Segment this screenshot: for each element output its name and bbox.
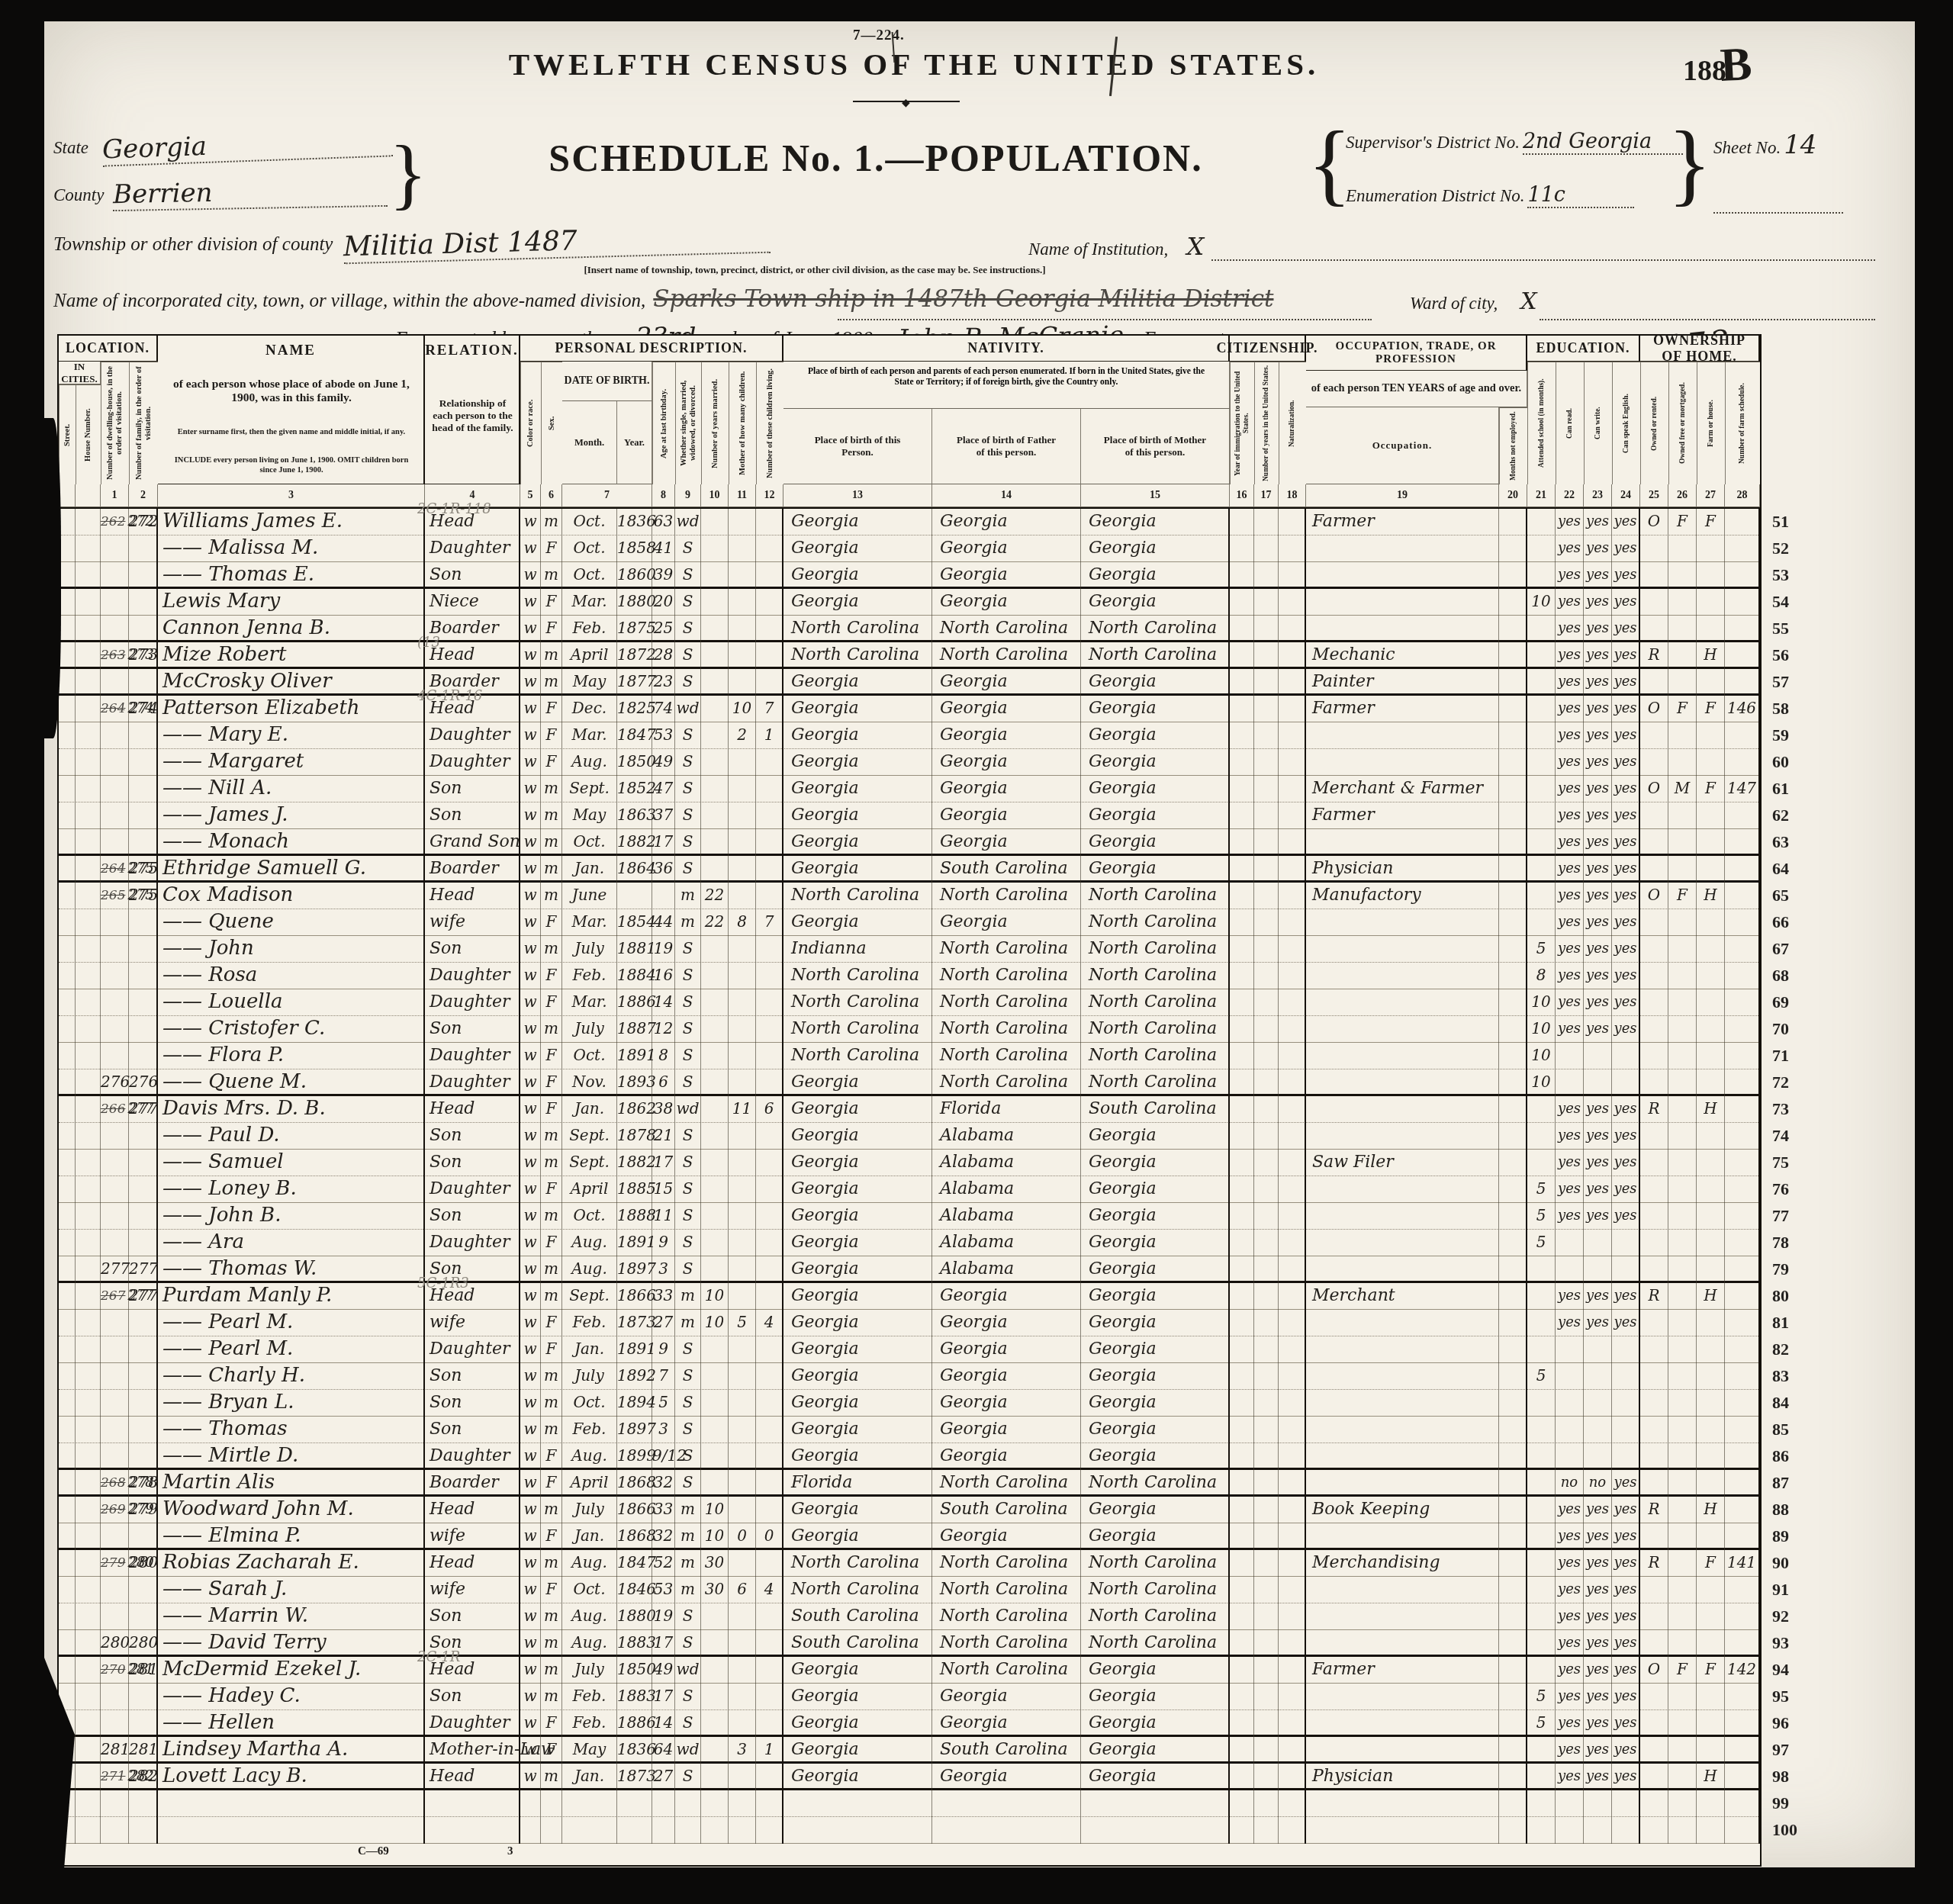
supervisor-value: 2nd Georgia bbox=[1523, 130, 1683, 155]
cell bbox=[1697, 1390, 1725, 1417]
cell bbox=[701, 696, 729, 722]
group-box: EDUCATION. bbox=[1527, 336, 1640, 362]
cell-value: yes bbox=[1612, 535, 1639, 561]
cell bbox=[1230, 1497, 1254, 1523]
cell: Oct. bbox=[562, 1203, 617, 1230]
cell-value: m bbox=[541, 1417, 561, 1442]
cell bbox=[1668, 1390, 1697, 1417]
cell bbox=[1640, 856, 1668, 883]
cell: w bbox=[520, 989, 541, 1016]
cell: yes bbox=[1584, 1764, 1612, 1790]
cell: Saw Filer bbox=[1306, 1150, 1499, 1176]
cell bbox=[701, 776, 729, 802]
cell bbox=[1725, 963, 1760, 989]
cell-value: m bbox=[541, 829, 561, 854]
cell bbox=[59, 1497, 76, 1523]
cell-value: Oct. bbox=[562, 1390, 616, 1415]
cell-value: w bbox=[520, 1577, 540, 1602]
cell-value: yes bbox=[1556, 1123, 1583, 1148]
cell-value: yes bbox=[1612, 1096, 1639, 1121]
cell: —— James J. bbox=[158, 802, 425, 829]
cell: Georgia bbox=[783, 1390, 932, 1417]
cell bbox=[1279, 1817, 1306, 1844]
cell: m bbox=[675, 1283, 701, 1310]
cell: April bbox=[562, 1470, 617, 1497]
cell: yes bbox=[1556, 1764, 1584, 1790]
pencil-note: 2C-1R-118 bbox=[417, 501, 491, 517]
cell bbox=[1668, 669, 1697, 696]
cell: North Carolina bbox=[783, 616, 932, 642]
cell: yes bbox=[1556, 989, 1584, 1016]
schedule-title: SCHEDULE No. 1.—POPULATION. bbox=[456, 136, 1295, 180]
cell bbox=[59, 963, 76, 989]
cell: Oct. bbox=[562, 535, 617, 562]
cell bbox=[1697, 1737, 1725, 1764]
cell bbox=[729, 936, 756, 963]
cell-value: Daughter bbox=[425, 1336, 519, 1362]
cell bbox=[1668, 802, 1697, 829]
cell bbox=[1499, 1203, 1527, 1230]
cell-value: Georgia bbox=[1081, 1176, 1228, 1201]
cell: yes bbox=[1556, 1016, 1584, 1043]
cell-value: —— Paul D. bbox=[158, 1123, 423, 1148]
col-label: House Number. bbox=[76, 384, 101, 484]
cell bbox=[675, 1817, 701, 1844]
line-number: 56 bbox=[1772, 645, 1789, 665]
cell-value: 44 bbox=[652, 909, 674, 934]
cell bbox=[1640, 1790, 1668, 1817]
cell bbox=[1499, 1684, 1527, 1710]
cell-value: —— Thomas bbox=[158, 1417, 423, 1442]
col-number: 15 bbox=[1081, 484, 1230, 507]
cell bbox=[1697, 856, 1725, 883]
cell-value: yes bbox=[1584, 1764, 1611, 1789]
cell bbox=[1279, 509, 1306, 535]
cell: Son bbox=[425, 936, 520, 963]
cell bbox=[1725, 535, 1760, 562]
cell-value: Georgia bbox=[1081, 509, 1228, 534]
cell: Son bbox=[425, 802, 520, 829]
cell bbox=[129, 1203, 158, 1230]
cell bbox=[1279, 1523, 1306, 1550]
cell-value: w bbox=[520, 642, 540, 667]
cell bbox=[101, 989, 129, 1016]
cell bbox=[1254, 1016, 1279, 1043]
table-row: —— Thomas E.SonwmOct.186039SGeorgiaGeorg… bbox=[59, 562, 1760, 589]
group-box: NATIVITY. bbox=[783, 336, 1230, 362]
cell-value: yes bbox=[1556, 509, 1583, 534]
cell bbox=[76, 1630, 101, 1657]
cell bbox=[729, 1710, 756, 1737]
cell: yes bbox=[1556, 963, 1584, 989]
cell: yes bbox=[1556, 1657, 1584, 1684]
cell bbox=[76, 1523, 101, 1550]
cell-value: yes bbox=[1556, 1577, 1583, 1602]
cell: F bbox=[541, 696, 562, 722]
cell-value: yes bbox=[1556, 562, 1583, 587]
cell bbox=[756, 1764, 783, 1790]
cell bbox=[76, 722, 101, 749]
cell-value: Georgia bbox=[783, 1096, 931, 1121]
cell: Mar. bbox=[562, 722, 617, 749]
cell-value: North Carolina bbox=[1081, 1043, 1228, 1068]
cell-value: yes bbox=[1584, 1657, 1611, 1682]
cell bbox=[76, 1043, 101, 1069]
col-number: 16 bbox=[1230, 484, 1254, 507]
cell bbox=[1640, 589, 1668, 616]
cell: Physician bbox=[1306, 856, 1499, 883]
cell bbox=[756, 1069, 783, 1096]
cell-value: Son bbox=[425, 1417, 519, 1442]
cell-value: —— Mirtle D. bbox=[158, 1443, 423, 1468]
cell-value: m bbox=[675, 1550, 700, 1575]
cell: wd bbox=[675, 1737, 701, 1764]
cell: July bbox=[562, 936, 617, 963]
cell bbox=[1230, 1630, 1254, 1657]
cell-value: w bbox=[520, 1283, 540, 1308]
cell-value: 10 bbox=[729, 696, 755, 721]
cell: F bbox=[541, 1069, 562, 1096]
cell: North Carolina bbox=[1081, 1630, 1230, 1657]
cell-value: Farmer bbox=[1306, 1657, 1498, 1682]
cell bbox=[101, 1176, 129, 1203]
cell-value: 5 bbox=[652, 1390, 674, 1415]
cell-value: 1878 bbox=[617, 1123, 652, 1148]
cell bbox=[1254, 1657, 1279, 1684]
cell-value: Georgia bbox=[783, 1684, 931, 1709]
cell: w bbox=[520, 616, 541, 642]
table-row: 99 bbox=[59, 1790, 1760, 1817]
cell: 277 bbox=[129, 1256, 158, 1283]
cell-value: F bbox=[541, 589, 561, 614]
table-row: 279280280Robias Zacharah E.HeadwmAug.184… bbox=[59, 1550, 1760, 1577]
cell-value: 147 bbox=[1725, 776, 1758, 801]
cell: yes bbox=[1584, 1123, 1612, 1150]
cell: Georgia bbox=[1081, 776, 1230, 802]
cell: H bbox=[1697, 883, 1725, 909]
cell bbox=[1584, 1790, 1612, 1817]
cell: Georgia bbox=[783, 696, 932, 722]
cell bbox=[1254, 1150, 1279, 1176]
cell bbox=[1640, 1417, 1668, 1443]
cell-value: yes bbox=[1584, 829, 1611, 854]
cell-value: no bbox=[1584, 1470, 1611, 1495]
cell: F bbox=[541, 989, 562, 1016]
cell: 278 bbox=[129, 1470, 158, 1497]
col-number: 3 bbox=[158, 484, 425, 507]
cell bbox=[1668, 1443, 1697, 1470]
cell: North Carolina bbox=[932, 1016, 1081, 1043]
cell bbox=[1230, 776, 1254, 802]
cell-value: Alabama bbox=[932, 1123, 1080, 1148]
cell-value: S bbox=[675, 1470, 700, 1495]
cell-value: Georgia bbox=[932, 535, 1080, 561]
col-number: 1 bbox=[101, 484, 129, 507]
table-header: LOCATION.NAMEof each person whose place … bbox=[59, 336, 1760, 509]
cell-value: North Carolina bbox=[1081, 1069, 1228, 1095]
group-title: LOCATION. bbox=[59, 336, 156, 361]
cell bbox=[1279, 1310, 1306, 1336]
cell: Georgia bbox=[783, 749, 932, 776]
cell-value: wd bbox=[675, 696, 700, 721]
cell-value: w bbox=[520, 1603, 540, 1629]
cell bbox=[1254, 963, 1279, 989]
nativity-note: Place of birth of each person and parent… bbox=[783, 362, 1230, 409]
cell bbox=[101, 1577, 129, 1603]
cell bbox=[129, 1016, 158, 1043]
cell: S bbox=[675, 1443, 701, 1470]
cell-value: w bbox=[520, 1256, 540, 1282]
col-label: Owned free or mortgaged. bbox=[1668, 362, 1697, 484]
col-number: 14 bbox=[932, 484, 1081, 507]
cell bbox=[1697, 1363, 1725, 1390]
cell bbox=[1499, 776, 1527, 802]
cell: 1882 bbox=[617, 1150, 652, 1176]
line-number: 61 bbox=[1772, 779, 1789, 799]
cell: w bbox=[520, 1363, 541, 1390]
cell: Feb. bbox=[562, 1310, 617, 1336]
cell bbox=[1279, 1230, 1306, 1256]
col-label: Age at last birthday. bbox=[652, 362, 675, 484]
cell-value: Mechanic bbox=[1306, 642, 1498, 667]
cell-value: 7 bbox=[652, 1363, 674, 1388]
cell: Indianna bbox=[783, 936, 932, 963]
cell-value: m bbox=[541, 802, 561, 828]
cell: Alabama bbox=[932, 1150, 1081, 1176]
cell: O bbox=[1640, 509, 1668, 535]
cell: yes bbox=[1584, 1657, 1612, 1684]
cell-value: 1868 bbox=[617, 1523, 652, 1549]
cell bbox=[129, 1577, 158, 1603]
cell: w bbox=[520, 1684, 541, 1710]
cell bbox=[59, 562, 76, 589]
cell bbox=[101, 1043, 129, 1069]
pencil-note: 4C-1R-16 bbox=[417, 688, 482, 704]
cell-value: F bbox=[1668, 696, 1696, 721]
cell bbox=[1725, 1497, 1760, 1523]
cell-value: —— Hellen bbox=[158, 1710, 423, 1735]
cell bbox=[701, 1256, 729, 1283]
cell-value: North Carolina bbox=[783, 989, 931, 1015]
cell bbox=[756, 1256, 783, 1283]
cell: F bbox=[541, 749, 562, 776]
cell: yes bbox=[1556, 1203, 1584, 1230]
cell bbox=[1230, 1390, 1254, 1417]
cell-value: North Carolina bbox=[932, 963, 1080, 988]
cell: yes bbox=[1584, 1150, 1612, 1176]
cell: yes bbox=[1556, 829, 1584, 856]
cell-value: F bbox=[1697, 696, 1724, 721]
cell: w bbox=[520, 509, 541, 535]
cell-value: Son bbox=[425, 1016, 519, 1041]
cell-value: R bbox=[1640, 1096, 1668, 1121]
line-number: 81 bbox=[1772, 1313, 1789, 1333]
cell: 23 bbox=[652, 669, 675, 696]
cell bbox=[129, 1363, 158, 1390]
cell bbox=[1668, 1096, 1697, 1123]
cell: yes bbox=[1584, 1550, 1612, 1577]
table-row: 264275275Ethridge Samuell G.BoarderwmJan… bbox=[59, 856, 1760, 883]
cell: Oct. bbox=[562, 829, 617, 856]
cell bbox=[729, 1657, 756, 1684]
line-number: 79 bbox=[1772, 1259, 1789, 1279]
cell bbox=[1254, 1684, 1279, 1710]
cell bbox=[1668, 642, 1697, 669]
cell bbox=[101, 1603, 129, 1630]
cell bbox=[1081, 1790, 1230, 1817]
cell-value: 1881 bbox=[617, 936, 652, 961]
cell: Alabama bbox=[932, 1203, 1081, 1230]
cell-value: Lovett Lacy B. bbox=[158, 1764, 423, 1789]
col-label: Year. bbox=[617, 401, 652, 484]
cell bbox=[1254, 989, 1279, 1016]
cell: yes bbox=[1556, 936, 1584, 963]
cell: Aug. bbox=[562, 1603, 617, 1630]
cell-value: 52 bbox=[652, 1550, 674, 1575]
cell-value: Georgia bbox=[1081, 1256, 1228, 1282]
cell bbox=[1230, 909, 1254, 936]
cell-value: —— Hadey C. bbox=[158, 1684, 423, 1709]
cell: North Carolina bbox=[783, 642, 932, 669]
cell-value: Georgia bbox=[1081, 829, 1228, 854]
cell: 1836 bbox=[617, 509, 652, 535]
cell: yes bbox=[1556, 669, 1584, 696]
cell bbox=[1668, 856, 1697, 883]
cell bbox=[76, 509, 101, 535]
cell-value: —— Thomas E. bbox=[158, 562, 423, 587]
cell: yes bbox=[1584, 963, 1612, 989]
cell-value: North Carolina bbox=[783, 883, 931, 908]
cell bbox=[1230, 829, 1254, 856]
cell: 1825 bbox=[617, 696, 652, 722]
cell-value: July bbox=[562, 1497, 616, 1522]
cell bbox=[101, 1336, 129, 1363]
col-number: 5 bbox=[520, 484, 541, 507]
cell: 1887 bbox=[617, 1016, 652, 1043]
cell: North Carolina bbox=[1081, 616, 1230, 642]
cell bbox=[1499, 535, 1527, 562]
cell-value: yes bbox=[1612, 1657, 1639, 1682]
cell: yes bbox=[1612, 1523, 1640, 1550]
col-number: 19 bbox=[1306, 484, 1499, 507]
cell bbox=[1306, 1069, 1499, 1096]
cell bbox=[1697, 1577, 1725, 1603]
cell: Aug. bbox=[562, 1550, 617, 1577]
cell: Feb. bbox=[562, 1710, 617, 1737]
cell: w bbox=[520, 776, 541, 802]
cell bbox=[101, 1230, 129, 1256]
cell: yes bbox=[1556, 722, 1584, 749]
cell-value: Sept. bbox=[562, 776, 616, 801]
cell bbox=[1499, 722, 1527, 749]
cell-value: F bbox=[541, 1069, 561, 1095]
cell bbox=[1612, 1336, 1640, 1363]
cell bbox=[129, 1390, 158, 1417]
cell: —— Sarah J. bbox=[158, 1577, 425, 1603]
cell: 282 bbox=[129, 1764, 158, 1790]
cell: 3 bbox=[652, 1256, 675, 1283]
cell: 17 bbox=[652, 1684, 675, 1710]
cell: yes bbox=[1612, 1470, 1640, 1497]
cell-value: w bbox=[520, 802, 540, 828]
cell bbox=[129, 829, 158, 856]
cell-value: yes bbox=[1556, 1764, 1583, 1789]
cell: 9/12 bbox=[652, 1443, 675, 1470]
cell-value: S bbox=[675, 856, 700, 881]
cell: 27 bbox=[652, 1764, 675, 1790]
cell bbox=[1306, 1203, 1499, 1230]
cell-value: North Carolina bbox=[932, 1577, 1080, 1602]
group-title: PERSONAL DESCRIPTION. bbox=[520, 336, 782, 361]
cell-value: yes bbox=[1584, 749, 1611, 774]
cell-value: w bbox=[520, 883, 540, 908]
cell bbox=[1527, 1603, 1556, 1630]
cell-value: F bbox=[1668, 509, 1696, 534]
cell-value: 1887 bbox=[617, 1016, 652, 1041]
cell-value: 3 bbox=[729, 1737, 755, 1762]
cell-value: Daughter bbox=[425, 1710, 519, 1735]
cell bbox=[1725, 1310, 1760, 1336]
cell: 5 bbox=[1527, 1176, 1556, 1203]
cell: —— Malissa M. bbox=[158, 535, 425, 562]
cell: yes bbox=[1584, 802, 1612, 829]
cell bbox=[1725, 1043, 1760, 1069]
cell bbox=[729, 616, 756, 642]
cell: w bbox=[520, 1630, 541, 1657]
cell-value: Georgia bbox=[783, 1123, 931, 1148]
cell-value: yes bbox=[1612, 1150, 1639, 1175]
cell bbox=[1499, 802, 1527, 829]
cell bbox=[129, 1603, 158, 1630]
cell bbox=[59, 1283, 76, 1310]
cell bbox=[1230, 1603, 1254, 1630]
cell bbox=[1230, 1684, 1254, 1710]
cell-value: Georgia bbox=[783, 802, 931, 828]
cell: Georgia bbox=[932, 1684, 1081, 1710]
cell: Georgia bbox=[932, 509, 1081, 535]
cell bbox=[1725, 1684, 1760, 1710]
cell-value: Mar. bbox=[562, 989, 616, 1015]
cell bbox=[76, 856, 101, 883]
cell: 37 bbox=[652, 802, 675, 829]
cell: 5 bbox=[1527, 1710, 1556, 1737]
cell-value: 10 bbox=[1527, 1043, 1555, 1068]
cell: —— Mirtle D. bbox=[158, 1443, 425, 1470]
cell: w bbox=[520, 1603, 541, 1630]
cell: North Carolina bbox=[1081, 909, 1230, 936]
cell bbox=[1254, 535, 1279, 562]
cell bbox=[1279, 669, 1306, 696]
cell bbox=[1230, 1336, 1254, 1363]
cell: Georgia bbox=[783, 562, 932, 589]
cell: 49 bbox=[652, 1657, 675, 1684]
cell-value: yes bbox=[1584, 1630, 1611, 1655]
cell-value: F bbox=[541, 722, 561, 748]
group-box: CITIZENSHIP. bbox=[1230, 336, 1306, 362]
cell bbox=[1499, 1363, 1527, 1390]
cell bbox=[1254, 722, 1279, 749]
cell: F bbox=[541, 535, 562, 562]
cell bbox=[129, 1230, 158, 1256]
cell: S bbox=[675, 1176, 701, 1203]
cell-value: —— Monach bbox=[158, 829, 423, 854]
cell-value: S bbox=[675, 1710, 700, 1735]
cell: 270281 bbox=[101, 1657, 129, 1684]
cell: North Carolina bbox=[783, 963, 932, 989]
cell: Georgia bbox=[1081, 1497, 1230, 1523]
cell bbox=[1254, 1310, 1279, 1336]
cell bbox=[756, 1417, 783, 1443]
